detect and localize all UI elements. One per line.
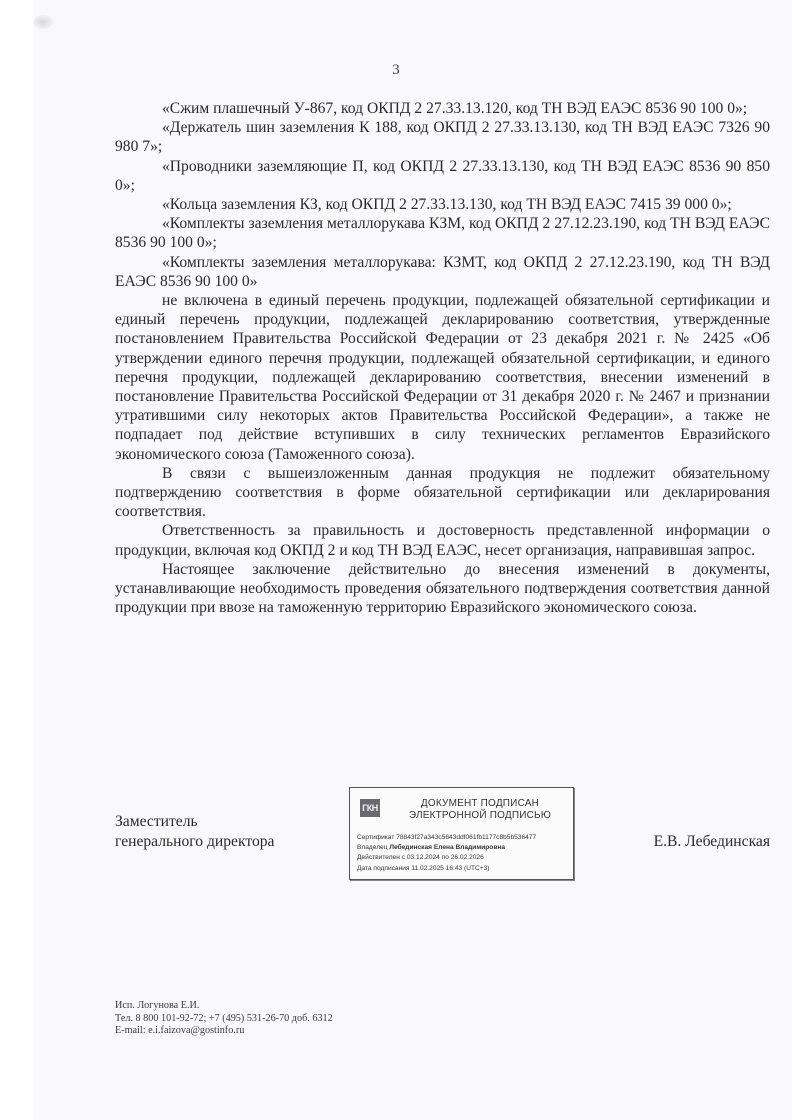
- owner-label: Владелец: [357, 844, 388, 851]
- position-line-1: Заместитель: [115, 812, 274, 832]
- stamp-title-line-1: ДОКУМЕНТ ПОДПИСАН: [390, 798, 570, 810]
- signer-name: Е.В. Лебединская: [654, 832, 770, 852]
- signatory-position: Заместитель генерального директора: [115, 812, 274, 851]
- paragraph-responsibility: Ответственность за правильность и достов…: [115, 521, 770, 559]
- executor-footer: Исп. Логунова Е.И. Тел. 8 800 101-92-72;…: [115, 1000, 333, 1038]
- product-item: «Сжим плашечный У-867, код ОКПД 2 27.33.…: [115, 99, 770, 118]
- position-line-2: генерального директора: [115, 832, 274, 852]
- gostinfo-logo-icon: ГКН: [360, 799, 380, 817]
- certificate-label: Сертификат: [357, 834, 394, 841]
- stamp-details: Сертификат 78843f27a343c5643ddf061fb1177…: [357, 833, 536, 874]
- product-item: «Комплекты заземления металлорукава: КЗМ…: [115, 253, 770, 291]
- executor-email: E-mail: e.i.faizova@gostinfo.ru: [115, 1025, 333, 1038]
- stamp-validity: Действителен с 03.12.2024 по 26.02.2026: [357, 853, 536, 863]
- stamp-certificate: Сертификат 78843f27a343c5643ddf061fb1177…: [357, 833, 536, 843]
- paragraph-conclusion: В связи с вышеизложенным данная продукци…: [115, 464, 770, 522]
- paragraph-validity: Настоящее заключение действительно до вн…: [115, 560, 770, 618]
- paragraph-not-included: не включена в единый перечень продукции,…: [115, 291, 770, 464]
- page-number: 3: [0, 62, 792, 79]
- product-item: «Держатель шин заземления К 188, код ОКП…: [115, 118, 770, 156]
- product-item: «Кольца заземления КЗ, код ОКПД 2 27.33.…: [115, 195, 770, 214]
- executor-name: Исп. Логунова Е.И.: [115, 1000, 333, 1013]
- scan-smudge: [33, 15, 53, 29]
- stamp-signed-date: Дата подписания 11.02.2025 16:43 (UTC+3): [357, 864, 536, 874]
- product-item: «Проводники заземляющие П, код ОКПД 2 27…: [115, 157, 770, 195]
- stamp-title: ДОКУМЕНТ ПОДПИСАН ЭЛЕКТРОННОЙ ПОДПИСЬЮ: [390, 798, 570, 822]
- document-body: «Сжим плашечный У-867, код ОКПД 2 27.33.…: [115, 99, 770, 617]
- certificate-value: 78843f27a343c5643ddf061fb1177c8b5b536477: [396, 834, 536, 841]
- product-item: «Комплекты заземления металлорукава КЗМ,…: [115, 214, 770, 252]
- electronic-signature-stamp: ГКН ДОКУМЕНТ ПОДПИСАН ЭЛЕКТРОННОЙ ПОДПИС…: [349, 787, 574, 880]
- owner-value: Лебединская Елена Владимировна: [389, 844, 505, 851]
- stamp-title-line-2: ЭЛЕКТРОННОЙ ПОДПИСЬЮ: [390, 810, 570, 822]
- stamp-owner: Владелец Лебединская Елена Владимировна: [357, 843, 536, 853]
- executor-phone: Тел. 8 800 101-92-72; +7 (495) 531-26-70…: [115, 1013, 333, 1026]
